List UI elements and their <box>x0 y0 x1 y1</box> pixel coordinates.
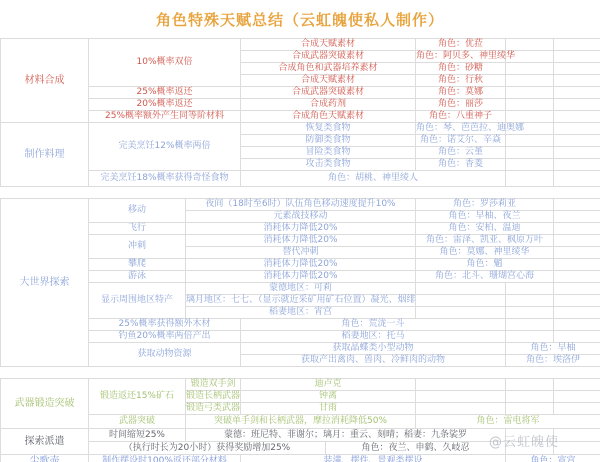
talent-desc: 获取产出禽肉、兽肉、冷鲜肉的动物 <box>241 355 506 367</box>
empty-cell <box>506 319 554 331</box>
sub-label: 攀爬 <box>89 259 186 271</box>
empty-cell <box>554 171 600 187</box>
empty-cell <box>554 295 600 307</box>
talent-desc: 突破单手剑和长柄武器，摩拉消耗降低50% <box>186 415 416 429</box>
section-label-forging: 武器锻造突破 <box>1 379 89 429</box>
page-title: 角色特殊天赋总结（云虹魄使私人制作） <box>0 0 600 38</box>
empty-cell <box>554 147 600 159</box>
character-list: 角色：砂糖 <box>416 63 506 75</box>
empty-cell <box>554 403 600 415</box>
empty-cell <box>554 39 600 51</box>
empty-cell <box>506 403 554 415</box>
character-list: 角色：胡桃、神里绫人 <box>241 171 506 187</box>
watermark: @云虹魄使 <box>489 431 559 450</box>
talent-desc: 钓鱼20%概率两倍产出 <box>89 331 241 343</box>
talent-desc: 夜间（18时至6时）队伍角色移动速度提升10% <box>186 199 416 211</box>
group-label: 武器突破 <box>89 415 186 429</box>
character-list: 角色：雷泽、凯亚、枫原万叶 <box>416 235 554 247</box>
empty-cell <box>506 99 554 111</box>
empty-cell <box>506 331 554 343</box>
talent-desc: 获取晶蝶类小型动物 <box>241 343 506 355</box>
sub-label: 飞行 <box>89 223 186 235</box>
character-list: 角色：诺艾尔、辛焱 <box>416 135 506 147</box>
character-list: 角色：阿贝多、神里绫华 <box>416 51 506 63</box>
section-label-teapot: 尘歌壶 <box>1 455 89 462</box>
group-label: 时间缩短25% <box>89 429 186 442</box>
character-list: 角色：莫娜、神里绫华 <box>416 247 554 259</box>
group-label: 25%概率返还 <box>89 87 241 99</box>
talent-desc: 消耗体力降低20% <box>186 271 416 283</box>
sub-label: 显示周围地区特产 <box>89 283 186 319</box>
empty-cell <box>554 75 600 87</box>
character-list: 角色：优菈 <box>416 39 506 51</box>
empty-cell <box>554 223 600 235</box>
character-list: 角色：安柏、温迪 <box>416 223 554 235</box>
section-label-materials: 材料合成 <box>1 39 89 123</box>
talent-desc: 锻造长柄武器 <box>186 391 241 403</box>
group-label: 完美烹饪18%概率获得奇怪食物 <box>89 171 241 187</box>
talent-desc: 合成药剂 <box>241 99 416 111</box>
empty-cell <box>554 442 600 455</box>
empty-cell <box>554 159 600 171</box>
character-list: 角色：早柚、夜兰 <box>416 211 554 223</box>
empty-cell <box>554 391 600 403</box>
empty-cell <box>554 235 600 247</box>
talent-desc: 合成角色天赋素材 <box>241 111 416 123</box>
empty-cell <box>506 111 554 123</box>
character-list: 角色：莫娜 <box>416 87 506 99</box>
sub-label: 游泳 <box>89 271 186 283</box>
empty-cell <box>554 271 600 283</box>
character-list: 角色：宵宫 <box>506 455 600 462</box>
empty-cell <box>506 39 554 51</box>
empty-cell <box>554 123 600 135</box>
talent-desc: 合成角色和武器培养素材 <box>241 63 416 75</box>
talent-desc: 25%概率获得额外木材 <box>89 319 241 331</box>
character-list: 角色：罗莎莉亚 <box>416 199 554 211</box>
character-list: 蒙德：班尼特、菲谢尔；璃月：重云、刻晴；稻妻：九条裟罗 <box>186 429 506 442</box>
empty-cell <box>554 63 600 75</box>
spacer-row <box>1 367 600 379</box>
talent-desc: 锻造弓类武器 <box>186 403 241 415</box>
empty-cell <box>554 135 600 147</box>
empty-cell <box>554 211 600 223</box>
sub-label: 移动 <box>89 199 186 223</box>
character-list: 角色：北斗、珊瑚宫心海 <box>416 271 554 283</box>
spreadsheet-page: 角色特殊天赋总结（云虹魄使私人制作） 材料合成 10%概率双倍 合成天赋素材 角… <box>0 0 600 462</box>
sub-label: 获取动物资源 <box>89 343 241 367</box>
empty-cell <box>554 283 600 295</box>
character-list: 角色：丽莎 <box>416 99 506 111</box>
empty-cell <box>506 391 554 403</box>
character-list: 角色：八重神子 <box>416 111 506 123</box>
character-list: 角色：夜兰、申鹤、久岐忍 <box>326 442 506 455</box>
section-label-expedition: 探索派遣 <box>1 429 89 455</box>
section-label-exploration: 大世界探索 <box>1 199 89 367</box>
empty-cell <box>554 319 600 331</box>
talent-desc: 锻造双手剑 <box>186 379 241 391</box>
group-label: 25%概率额外产生同等阶材料 <box>89 111 241 123</box>
empty-cell <box>506 75 554 87</box>
section-label-cooking: 制作料理 <box>1 123 89 187</box>
empty-cell <box>416 379 506 391</box>
character-list: 角色：云堇 <box>416 147 506 159</box>
talent-table: 材料合成 10%概率双倍 合成天赋素材 角色：优菈 合成武器突破素材 角色：阿贝… <box>0 38 600 462</box>
talent-desc: 消耗体力降低20% <box>186 259 416 271</box>
talent-desc: 元素战技移动 <box>186 211 416 223</box>
talent-desc: 防御类食物 <box>241 135 416 147</box>
character-list: 角色：行秋 <box>416 75 506 87</box>
group-label: 锻造返还15%矿石 <box>89 379 186 415</box>
empty-cell <box>554 331 600 343</box>
talent-desc: 攻击类食物 <box>241 159 416 171</box>
sub-label: 冲刺 <box>89 235 186 259</box>
empty-cell <box>506 171 554 187</box>
empty-cell <box>554 429 600 442</box>
character-list: 角色：香菱 <box>416 159 506 171</box>
empty-cell <box>506 295 554 307</box>
talent-desc: 恢复类食物 <box>241 123 416 135</box>
empty-cell <box>554 379 600 391</box>
character-list: 稻妻地区：托马 <box>241 331 506 343</box>
empty-cell <box>554 199 600 211</box>
talent-desc: 制作摆设时100%返还部分材料 <box>89 455 241 462</box>
empty-cell <box>416 295 506 307</box>
talent-desc: 合成武器突破素材 <box>241 87 416 99</box>
empty-cell <box>554 247 600 259</box>
empty-cell <box>554 51 600 63</box>
character-list: 甘雨 <box>241 403 416 415</box>
talent-desc: 消耗体力降低20% <box>186 235 416 247</box>
character-list: 角色：埃洛伊 <box>506 355 600 367</box>
talent-desc: 稻妻地区：宵宫 <box>186 307 416 319</box>
character-list: 角色：荒泷一斗 <box>241 319 506 331</box>
character-list: 角色：早柚 <box>506 343 600 355</box>
talent-desc: 替代冲刺 <box>186 247 416 259</box>
empty-cell <box>554 87 600 99</box>
talent-desc: 璃月地区：七七、（显示就近采矿用矿石位置）凝光、烟绯 <box>186 295 416 307</box>
empty-cell <box>554 259 600 271</box>
empty-cell <box>506 147 554 159</box>
character-list: 角色：魈 <box>416 259 554 271</box>
spacer-row <box>1 187 600 199</box>
empty-cell <box>506 63 554 75</box>
group-label: 完美烹饪12%概率两倍 <box>89 123 241 171</box>
talent-desc: 合成武器突破素材 <box>241 51 416 63</box>
talent-desc: 蒙德地区：可莉 <box>186 283 416 295</box>
talent-desc: （执行时长为20小时）获得奖励增加25% <box>89 442 326 455</box>
talent-desc: 消耗体力降低20% <box>186 223 416 235</box>
character-list: 钟离 <box>241 391 416 403</box>
talent-desc: 冒险类食物 <box>241 147 416 159</box>
empty-cell <box>554 111 600 123</box>
empty-cell <box>506 307 554 319</box>
empty-cell <box>506 379 554 391</box>
empty-cell <box>416 403 506 415</box>
empty-cell <box>506 87 554 99</box>
group-label: 20%概率返还 <box>89 99 241 111</box>
empty-cell <box>416 391 506 403</box>
empty-cell <box>416 283 506 295</box>
group-label: 10%概率双倍 <box>89 39 241 87</box>
empty-cell <box>506 159 554 171</box>
character-list: 角色：雷电将军 <box>416 415 600 429</box>
furnishing-types: 装潢、摆件、景观类摆设 <box>241 455 506 462</box>
empty-cell <box>506 135 554 147</box>
empty-cell <box>554 99 600 111</box>
character-list: 角色：琴、芭芭拉、迪奥娜 <box>416 123 506 135</box>
talent-desc: 合成天赋素材 <box>241 39 416 51</box>
talent-desc: 合成天赋素材 <box>241 75 416 87</box>
character-list: 迪卢克 <box>241 379 416 391</box>
empty-cell <box>554 307 600 319</box>
empty-cell <box>416 307 506 319</box>
empty-cell <box>506 283 554 295</box>
